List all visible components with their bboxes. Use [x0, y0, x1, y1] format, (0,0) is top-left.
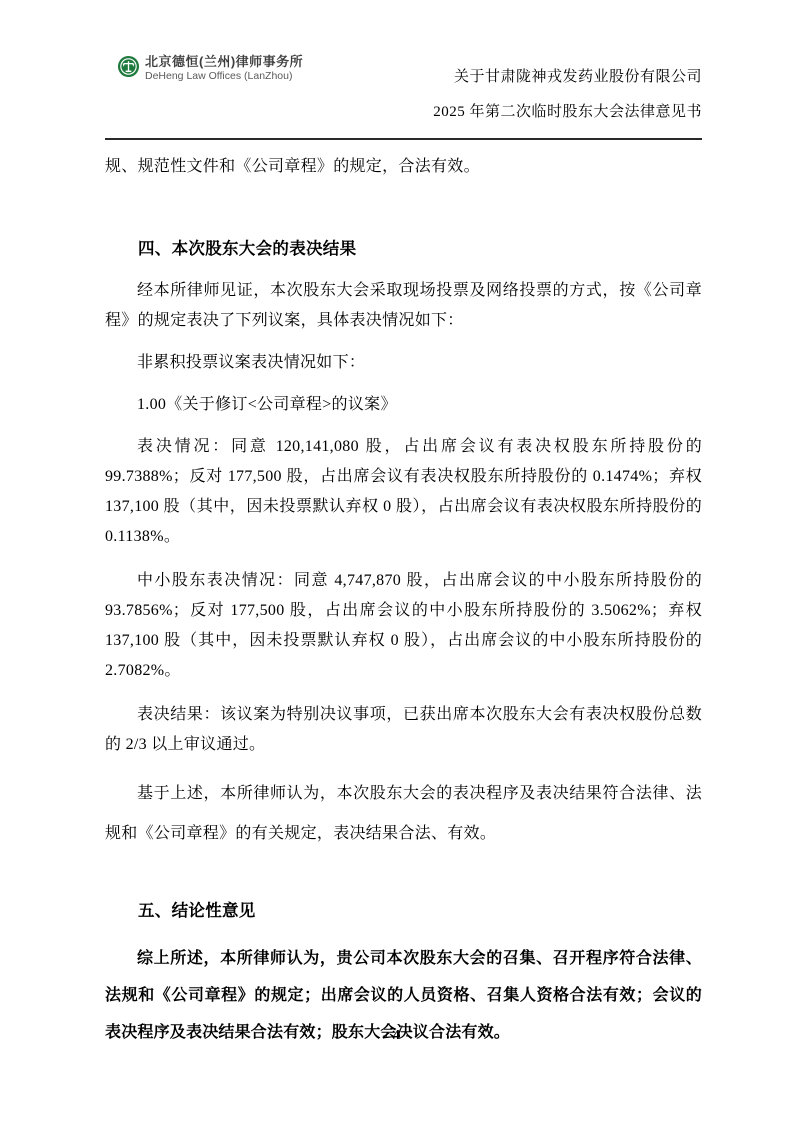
- deheng-law-firm-logo-icon: [117, 55, 140, 78]
- document-title-line2: 2025 年第二次临时股东大会法律意见书: [433, 95, 702, 130]
- document-page: 北京德恒(兰州)律师事务所 DeHeng Law Offices (LanZho…: [0, 0, 794, 1122]
- page-number: - 4 -: [0, 1028, 794, 1044]
- paragraph-voting-method: 经本所律师见证，本次股东大会采取现场投票及网络投票的方式，按《公司章程》的规定表…: [105, 276, 702, 336]
- paragraph-resolution-outcome: 表决结果：该议案为特别决议事项，已获出席本次股东大会有表决权股份总数的 2/3 …: [105, 700, 702, 760]
- firm-name-english: DeHeng Law Offices (LanZhou): [145, 69, 303, 83]
- section-5-heading: 五、结论性意见: [105, 896, 702, 926]
- paragraph-proposal-title: 1.00《关于修订<公司章程>的议案》: [105, 390, 702, 420]
- page-header: 北京德恒(兰州)律师事务所 DeHeng Law Offices (LanZho…: [105, 0, 702, 140]
- document-body: 规、规范性文件和《公司章程》的规定，合法有效。 四、本次股东大会的表决结果 经本…: [105, 152, 702, 1051]
- document-title-block: 关于甘肃陇神戎发药业股份有限公司 2025 年第二次临时股东大会法律意见书: [433, 60, 702, 130]
- law-firm-block: 北京德恒(兰州)律师事务所 DeHeng Law Offices (LanZho…: [117, 54, 303, 83]
- paragraph-vote-result-minor-shareholders: 中小股东表决情况：同意 4,747,870 股，占出席会议的中小股东所持股份的 …: [105, 566, 702, 686]
- document-title-line1: 关于甘肃陇神戎发药业股份有限公司: [433, 60, 702, 95]
- paragraph-lawyer-opinion: 基于上述，本所律师认为，本次股东大会的表决程序及表决结果符合法律、法规和《公司章…: [105, 774, 702, 854]
- paragraph-noncumulative-intro: 非累积投票议案表决情况如下：: [105, 348, 702, 378]
- firm-name-chinese: 北京德恒(兰州)律师事务所: [145, 54, 303, 69]
- continuation-paragraph: 规、规范性文件和《公司章程》的规定，合法有效。: [105, 152, 702, 182]
- law-firm-names: 北京德恒(兰州)律师事务所 DeHeng Law Offices (LanZho…: [145, 54, 303, 83]
- paragraph-vote-result-all-shareholders: 表决情况：同意 120,141,080 股，占出席会议有表决权股东所持股份的 9…: [105, 432, 702, 552]
- section-4-heading: 四、本次股东大会的表决结果: [105, 234, 702, 264]
